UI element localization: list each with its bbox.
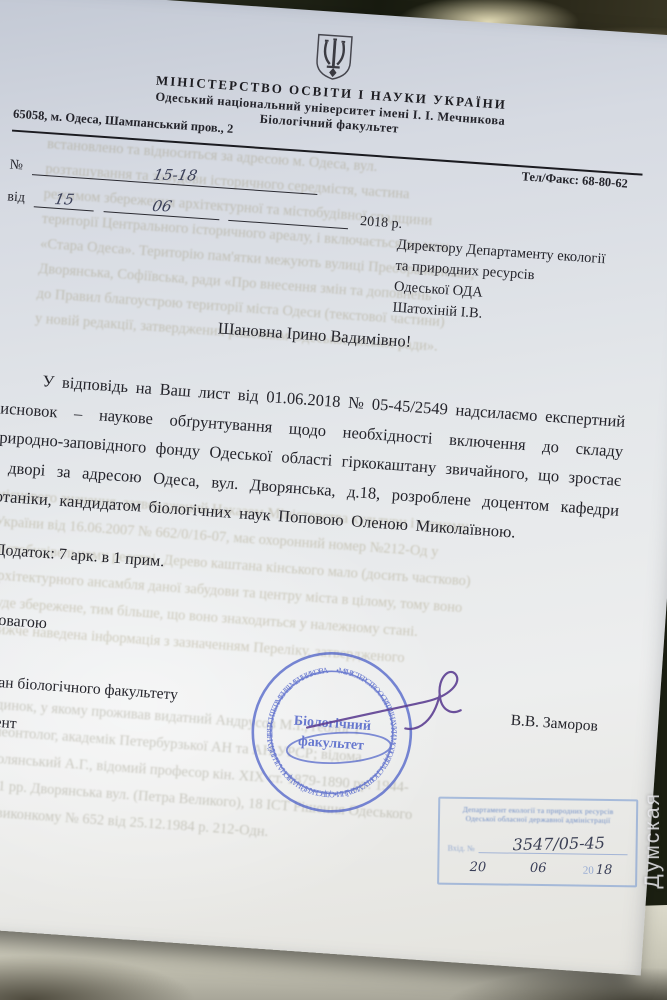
handwritten-entry-year: 18	[596, 863, 613, 878]
ukraine-trident-icon	[310, 32, 357, 83]
entry-number-line: 3547/05-45	[479, 834, 628, 855]
handwritten-outgoing-number: 15-18	[29, 164, 321, 187]
recipient-block: Директору Департаменту екології та приро…	[392, 235, 667, 338]
entry-number-label: Вхід. №	[448, 844, 475, 853]
entry-year-prefix: 20	[583, 865, 594, 877]
day-blank-line: 15	[34, 189, 95, 211]
number-label: №	[9, 157, 23, 173]
attachment-line: Додаток: 7 арк. в 1 прим.	[0, 540, 614, 602]
handwritten-signature-icon	[298, 649, 487, 791]
date-label: від	[7, 189, 26, 205]
entry-stamp-org-line: Одеської обласної державної адміністраці…	[448, 814, 628, 826]
handwritten-day: 15	[32, 190, 96, 209]
handwritten-entry-day: 20	[447, 860, 508, 877]
letter-sheet: встановлено та відноситься за адресою м.…	[0, 0, 667, 975]
handwritten-month: 06	[101, 196, 222, 216]
body-paragraph: У відповідь на Ваш лист від 01.06.2018 №…	[0, 363, 626, 554]
month-blank-line: 06	[103, 194, 220, 220]
photo-watermark: Думская	[641, 792, 665, 889]
incoming-registration-stamp: Департамент екології та природних ресурс…	[437, 797, 638, 888]
handwritten-entry-month: 06	[508, 861, 568, 878]
year-suffix: 2018 р.	[360, 214, 403, 232]
photo-scene: встановлено та відноситься за адресою м.…	[0, 0, 667, 1000]
handwritten-entry-number: 3547/05-45	[513, 833, 606, 854]
year-blank-line	[228, 203, 349, 229]
